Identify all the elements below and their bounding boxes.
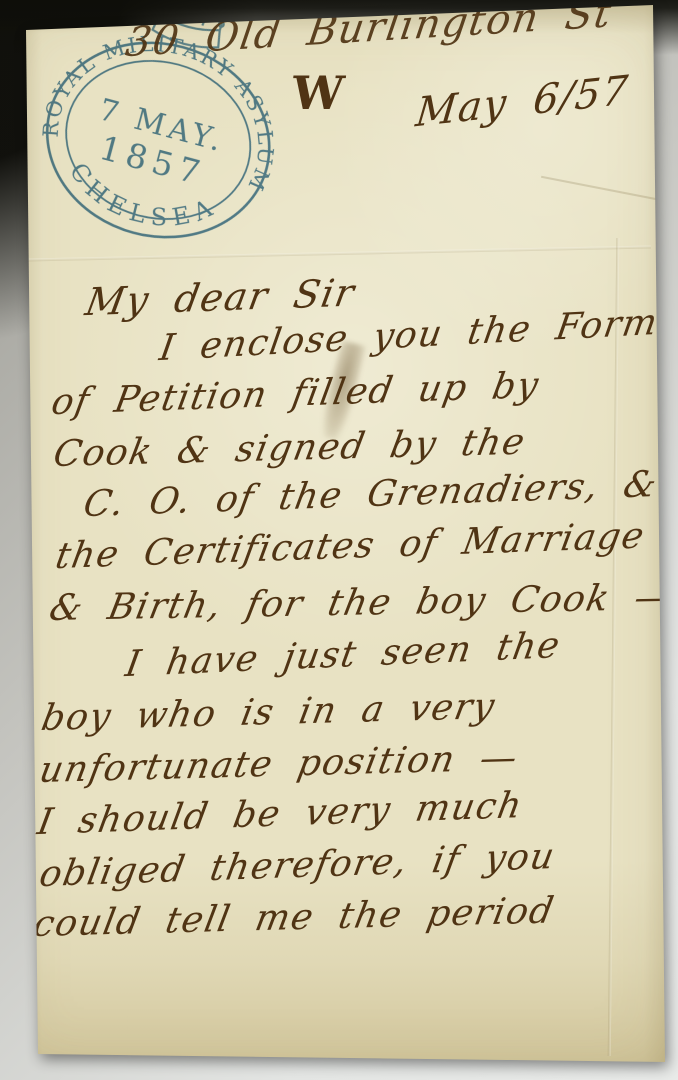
body-line: I should be very much <box>34 785 526 843</box>
body-line: I have just seen the <box>123 625 564 685</box>
salutation: My dear Sir <box>82 270 359 324</box>
body-line: unfortunate position — <box>36 737 522 791</box>
body-line: boy who is in a very <box>38 686 499 739</box>
body-line: obliged therefore, if you <box>36 836 558 895</box>
body-line: & Birth, for the boy Cook — <box>46 577 676 629</box>
body-line: the Certificates of Marriage <box>52 515 648 577</box>
letter-paper: ROYAL MILITARY ASYLUM CHELSEA 7 MAY. 185… <box>0 0 678 1080</box>
body-line: of Petition filled up by <box>48 365 542 423</box>
fold-crease-diagonal <box>541 176 667 202</box>
address-line: 30 Old Burlington St <box>123 0 616 66</box>
body-line: C. O. of the Grenadiers, & <box>80 464 661 525</box>
body-line: Cook & signed by the <box>50 422 529 476</box>
letter-date: May 6/57 <box>414 67 632 136</box>
fold-crease-vertical <box>608 238 620 1056</box>
paper-shadow: ROYAL MILITARY ASYLUM CHELSEA 7 MAY. 185… <box>0 0 678 1080</box>
postal-district: W <box>289 66 348 120</box>
body-line: could tell me the period <box>30 890 558 945</box>
photo-frame: ROYAL MILITARY ASYLUM CHELSEA 7 MAY. 185… <box>0 0 678 1080</box>
